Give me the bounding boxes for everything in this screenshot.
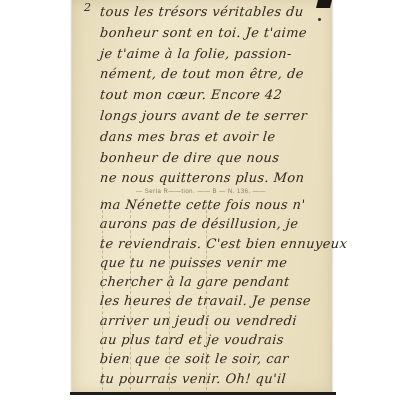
handwriting-line: tu pourrais venir. Oh! qu'il [99, 370, 331, 389]
handwriting-line: dans mes bras et avoir le [99, 128, 331, 149]
printed-caption: — Serla R——tion. —— B — N. 136. —— [90, 189, 312, 195]
handwriting-line: te reviendrais. C'est bien ennuyeux [99, 235, 331, 254]
handwritten-text-upper: tous les trésors véritables dubonheur so… [99, 3, 329, 190]
scanned-letter-background: 2 tous les trésors véritables dubonheur … [0, 0, 400, 400]
handwriting-line: bonheur de dire que nous [99, 149, 331, 170]
handwriting-line: longs jours avant de te serrer [99, 107, 331, 128]
show-through-rule-line [102, 200, 103, 390]
handwriting-line: au plus tard et je voudrais [99, 331, 331, 350]
handwriting-line: je t'aime à la folie, passion- [99, 45, 331, 66]
handwriting-line: que tu ne puisses venir me [99, 254, 331, 273]
show-through-rule-line [206, 200, 207, 390]
handwriting-line: bonheur sont en toi. Je t'aime [99, 24, 331, 45]
bottom-edge-line [70, 392, 336, 395]
handwriting-line: nément, de tout mon être, de [99, 65, 331, 86]
handwriting-line: arriver un jeudi ou vendredi [99, 312, 331, 331]
page-number: 2 [84, 1, 91, 14]
show-through-rule-line [130, 200, 131, 390]
handwriting-line: tous les trésors véritables du [99, 3, 331, 24]
handwriting-line: les heures de travail. Je pense [99, 292, 331, 311]
postcard: 2 tous les trésors véritables dubonheur … [72, 0, 332, 393]
handwriting-line: bien que ce soit le soir, car [99, 350, 331, 369]
handwriting-line: chercher à la gare pendant [99, 273, 331, 292]
handwriting-line: aurons pas de désillusion, je [99, 215, 331, 234]
handwriting-line: ma Nénette cette fois nous n' [99, 196, 331, 215]
handwriting-line: ne nous quitterons plus. Mon [99, 169, 331, 190]
handwriting-line: tout mon cœur. Encore 42 [99, 86, 331, 107]
handwritten-text-lower: ma Nénette cette fois nous n'aurons pas … [99, 196, 329, 389]
show-through-rule-line [169, 200, 170, 390]
